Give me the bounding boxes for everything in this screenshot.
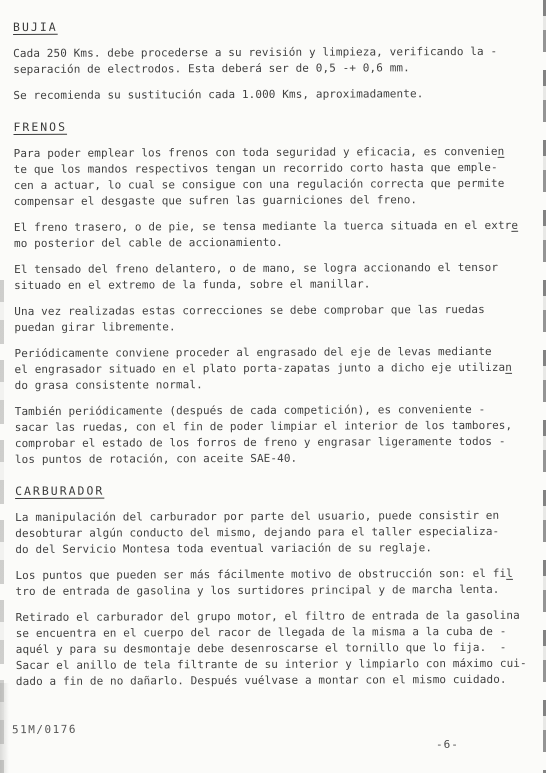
continuation-underline: n <box>498 145 505 158</box>
text-line: do grasa consistente normal. <box>15 376 542 394</box>
paragraph: Una vez realizadas estas correcciones se… <box>14 302 541 336</box>
paragraph: Los puntos que pueden ser más fácilmente… <box>15 566 542 600</box>
paragraph: Para poder emplear los frenos con toda s… <box>14 144 541 210</box>
paragraph: El tensado del freno delantero, o de man… <box>14 260 541 294</box>
paragraph: Periódicamente conviene proceder al engr… <box>14 344 541 394</box>
text-line: el engrasador situado en el plato porta-… <box>14 360 541 378</box>
text-line: desobturar algún conducto del mismo, dej… <box>15 524 542 542</box>
text-line: compensar el desgaste que sufren las gua… <box>14 192 541 210</box>
continuation-underline: n <box>505 361 512 374</box>
text-line: do del Servicio Montesa toda eventual va… <box>15 540 542 558</box>
paragraph: También periódicamente (después de cada … <box>15 402 542 468</box>
text-line: los puntos de rotación, con aceite SAE-4… <box>15 450 542 468</box>
text-line: separación de electrodos. Esta deberá se… <box>13 60 540 78</box>
scan-artifact-corner-shade <box>0 683 9 773</box>
text-line: dado a fin de no dañarlo. Después vuélva… <box>16 672 543 690</box>
text-line: situado en el extremo de la funda, sobre… <box>14 276 541 294</box>
text-line: cen a actuar, lo cual se consigue con un… <box>14 176 541 194</box>
text-line: tro de entrada de gasolina y los surtido… <box>15 582 542 600</box>
paragraph: Se recomienda su sustitución cada 1.000 … <box>13 86 540 104</box>
document-page: BUJIACada 250 Kms. debe procederse a su … <box>0 0 546 773</box>
paragraph: Cada 250 Kms. debe procederse a su revis… <box>13 44 540 78</box>
document-body: BUJIACada 250 Kms. debe procederse a su … <box>13 18 543 700</box>
paragraph: Retirado el carburador del grupo motor, … <box>16 608 543 690</box>
continuation-underline: e <box>511 219 518 232</box>
text-line: comprobar el estado de los forros de fre… <box>15 434 542 452</box>
text-line: Cada 250 Kms. debe procederse a su revis… <box>13 44 540 62</box>
continuation-underline: l <box>506 567 513 580</box>
text-line: El tensado del freno delantero, o de man… <box>14 260 541 278</box>
text-line: puedan girar libremente. <box>14 318 541 336</box>
paragraph: La manipulación del carburador por parte… <box>15 508 542 558</box>
paragraph: El freno trasero, o de pie, se tensa med… <box>14 218 541 252</box>
page-number: -6- <box>436 738 459 751</box>
text-line: Una vez realizadas estas correcciones se… <box>14 302 541 320</box>
footer-code: 51M/0176 <box>12 723 77 736</box>
section-heading: CARBURADOR <box>15 482 542 498</box>
section-heading: FRENOS <box>13 118 540 134</box>
section-heading: BUJIA <box>13 18 540 34</box>
text-line: Se recomienda su sustitución cada 1.000 … <box>13 86 540 104</box>
text-line: El freno trasero, o de pie, se tensa med… <box>14 218 541 236</box>
text-line: mo posterior del cable de accionamiento. <box>14 234 541 252</box>
